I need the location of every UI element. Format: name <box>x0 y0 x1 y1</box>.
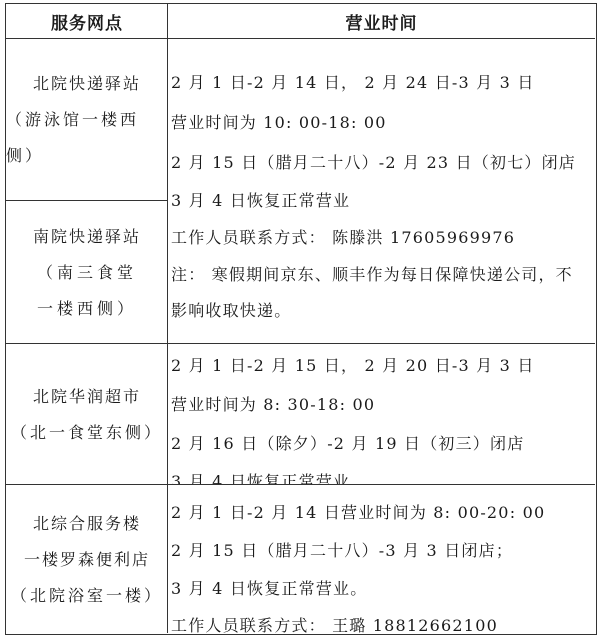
location-line: （北一食堂东侧） <box>11 415 163 451</box>
location-cell-north-express: 北院快递驿站 （游泳馆一楼西侧） <box>6 40 168 200</box>
hours-cell-lawson: 2 月 1 日-2 月 14 日营业时间为 8: 00-20: 00 2 月 1… <box>170 486 595 633</box>
location-line: 南院快递驿站 <box>33 219 141 255</box>
location-line: 北院华润超市 <box>33 379 141 415</box>
location-cell-south-express: 南院快递驿站 （南三食堂 一楼西侧） <box>6 202 168 343</box>
location-line: 北综合服务楼 <box>33 506 141 542</box>
note-line: 影响收取快递。 <box>171 298 291 321</box>
location-line: 一楼罗森便利店 <box>24 542 150 578</box>
row-divider-1-left <box>6 200 168 201</box>
row-divider-2 <box>6 343 595 344</box>
hours-line: 营业时间为 10: 00-18: 00 <box>171 110 387 133</box>
location-line: 一楼西侧） <box>37 291 137 327</box>
note-line: 注： 寒假期间京东、顺丰作为每日保障快递公司，不 <box>171 262 573 285</box>
row-divider-3 <box>6 484 595 485</box>
location-line: （南三食堂 <box>37 255 137 291</box>
header-hours-label: 营业时间 <box>346 9 418 34</box>
hours-line: 2 月 15 日（腊月二十八）-3 月 3 日闭店； <box>171 538 513 561</box>
location-line: （游泳馆一楼西侧） <box>6 102 168 174</box>
contact-line: 工作人员联系方式： 陈滕洪 17605969976 <box>171 225 515 248</box>
location-line: （北院浴室一楼） <box>11 578 163 614</box>
hours-line: 3 月 4 日恢复正常营业 <box>171 469 350 484</box>
header-location-label: 服务网点 <box>51 9 123 34</box>
hours-cell-supermarket: 2 月 1 日-2 月 15 日， 2 月 20 日-3 月 3 日 营业时间为… <box>170 345 595 484</box>
location-line: 北院快递驿站 <box>33 66 141 102</box>
location-cell-lawson: 北综合服务楼 一楼罗森便利店 （北院浴室一楼） <box>6 486 168 633</box>
header-hours: 营业时间 <box>168 4 595 39</box>
hours-line: 2 月 1 日-2 月 14 日， 2 月 24 日-3 月 3 日 <box>171 70 535 93</box>
hours-line: 2 月 16 日（除夕）-2 月 19 日（初三）闭店 <box>171 431 524 454</box>
contact-line: 工作人员联系方式： 王璐 18812662100 <box>171 613 498 636</box>
hours-line: 3 月 4 日恢复正常营业。 <box>171 576 367 599</box>
location-cell-north-supermarket: 北院华润超市 （北一食堂东侧） <box>6 345 168 484</box>
hours-cell-express-stations: 2 月 1 日-2 月 14 日， 2 月 24 日-3 月 3 日 营业时间为… <box>170 40 595 343</box>
hours-line: 3 月 4 日恢复正常营业 <box>171 188 350 211</box>
hours-line: 2 月 15 日（腊月二十八）-2 月 23 日（初七）闭店 <box>171 150 576 173</box>
hours-line: 营业时间为 8: 30-18: 00 <box>171 392 375 415</box>
service-hours-table: 服务网点 营业时间 北院快递驿站 （游泳馆一楼西侧） 南院快递驿站 （南三食堂 … <box>5 3 597 635</box>
hours-line: 2 月 1 日-2 月 14 日营业时间为 8: 00-20: 00 <box>171 500 545 523</box>
header-location: 服务网点 <box>6 4 168 39</box>
hours-line: 2 月 1 日-2 月 15 日， 2 月 20 日-3 月 3 日 <box>171 353 535 376</box>
